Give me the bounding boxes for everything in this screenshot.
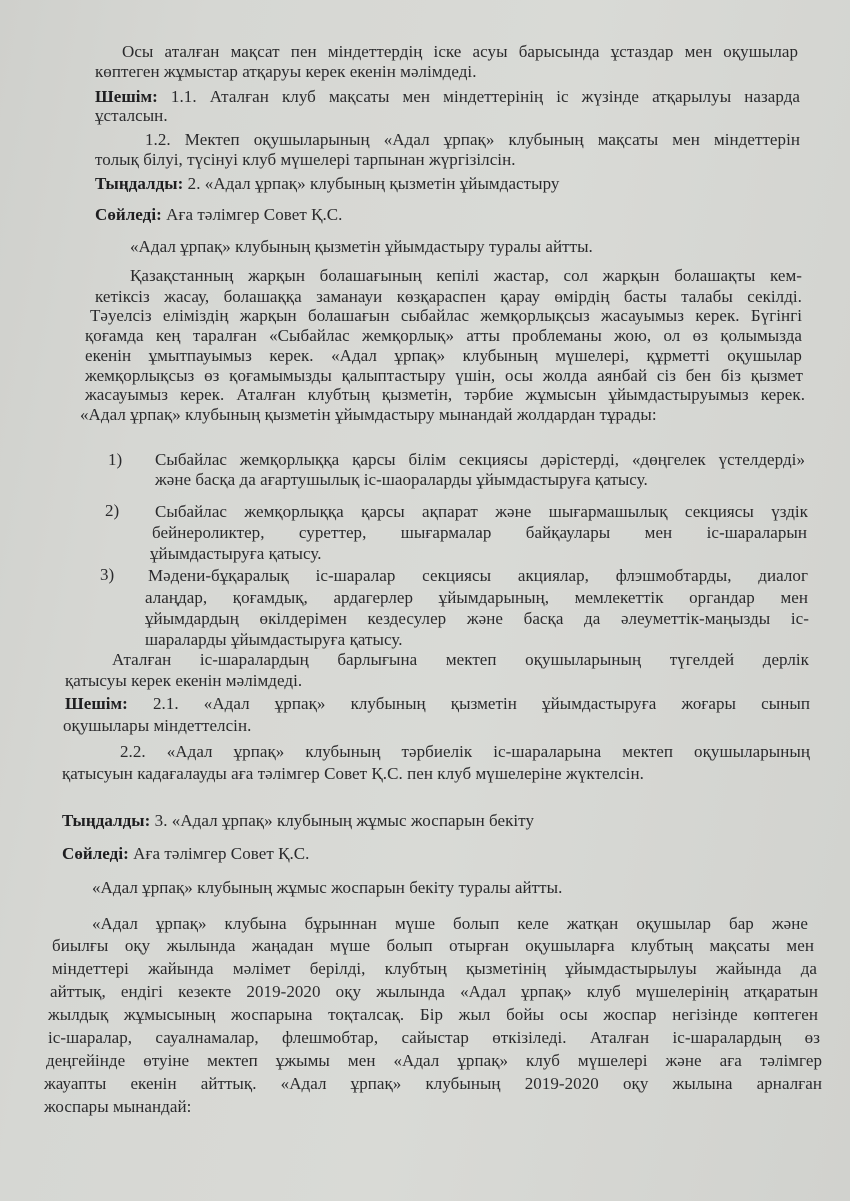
line-text: Тәуелсіз еліміздің жарқын болашағын сыба… (90, 306, 802, 325)
line-text: биылғы оқу жылында жаңадан мүше болып от… (52, 936, 814, 955)
line-text: алаңдар, қоғамдық, ардагерлер ұйымдарыны… (145, 588, 808, 607)
text-line: биылғы оқу жылында жаңадан мүше болып от… (52, 936, 814, 956)
text-line: Тыңдалды: 3. «Адал ұрпақ» клубының жұмыс… (62, 811, 562, 831)
text-line: кетіксіз жасау, болашаққа заманауи көзқа… (95, 287, 802, 307)
line-text: айттық, ендігі кезекте 2019-2020 оқу жыл… (50, 982, 818, 1001)
line-text: толық білуі, түсінуі клуб мүшелері тарпы… (95, 150, 516, 169)
text-line: оқушылары міндеттелсін. (63, 716, 283, 736)
line-text: кетіксіз жасау, болашаққа заманауи көзқа… (95, 287, 802, 306)
line-text: жемқорлықсыз өз қоғамымызды қалыптастыру… (85, 366, 803, 385)
line-text: шараларды ұйымдастыруға қатысу. (145, 630, 403, 649)
line-text: көптеген жұмыстар атқаруы керек екенін м… (95, 62, 477, 81)
list-item-line: Сыбайлас жемқорлыққа қарсы ақпарат және … (155, 502, 808, 522)
label-bold: Шешім: (95, 87, 158, 106)
text-line: жасауымыз керек. Аталған клубтың қызметі… (85, 385, 805, 405)
list-item-line: ұйымдардың өкілдерімен кездесулер және б… (145, 609, 809, 629)
text-line: Шешім: 2.1. «Адал ұрпақ» клубының қызмет… (65, 694, 810, 714)
text-line: Тыңдалды: 2. «Адал ұрпақ» клубының қызме… (95, 174, 595, 194)
line-text: және басқа да ағартушылық іс-шаораларды … (155, 470, 648, 489)
text-line: Сөйледі: Аға тәлімгер Совет Қ.С. (62, 844, 392, 864)
label-bold: Сөйледі: (95, 205, 162, 224)
text-line: қатысуы керек екенін мәлімдеді. (65, 671, 345, 691)
list-item-line: және басқа да ағартушылық іс-шаораларды … (155, 470, 695, 490)
line-text: жылдық жұмысының жоспарына тоқталсақ. Бі… (48, 1005, 818, 1024)
text-line: ұсталсын. (95, 106, 215, 126)
line-text: деңгейінде өтуіне мектеп ұжымы мен «Адал… (46, 1051, 822, 1070)
line-text: 2.1. «Адал ұрпақ» клубының қызметін ұйым… (128, 694, 810, 713)
text-line: екенін ұмытпауымыз керек. «Адал ұрпақ» к… (85, 346, 802, 366)
line-text: «Адал ұрпақ» клубының жұмыс жоспарын бек… (92, 878, 562, 897)
line-text: ұйымдардың өкілдерімен кездесулер және б… (145, 609, 809, 628)
line-text: жасауымыз керек. Аталған клубтың қызметі… (85, 385, 805, 404)
line-text: 2.2. «Адал ұрпақ» клубының тәрбиелік іс-… (120, 742, 810, 761)
line-text: ұсталсын. (95, 106, 168, 125)
line-text: «Адал ұрпақ» клубының қызметін ұйымдасты… (130, 237, 593, 256)
line-text: «Адал ұрпақ» клубына бұрыннан мүше болып… (92, 914, 808, 933)
line-text: екенін ұмытпауымыз керек. «Адал ұрпақ» к… (85, 346, 802, 365)
line-text: міндеттері жайында мәлімет берілді, клуб… (52, 959, 817, 978)
line-text: Мәдени-бұқаралық іс-шаралар секциясы акц… (148, 566, 808, 585)
label-bold: Шешім: (65, 694, 128, 713)
document-page: Осы аталған мақсат пен міндеттердің іске… (0, 0, 850, 1201)
line-text: оқушылары міндеттелсін. (63, 716, 251, 735)
text-line: толық білуі, түсінуі клуб мүшелері тарпы… (95, 150, 555, 170)
line-text: 1.1. Аталған клуб мақсаты мен міндеттері… (158, 87, 800, 106)
line-text: Қазақстанның жарқын болашағының кепілі ж… (130, 266, 802, 285)
list-number: 1) (108, 450, 122, 470)
line-text: қатысуы керек екенін мәлімдеді. (65, 671, 302, 690)
text-line: жылдық жұмысының жоспарына тоқталсақ. Бі… (48, 1005, 818, 1025)
text-line: қоғамда кең таралған «Сыбайлас жемқорлық… (85, 326, 802, 346)
label-bold: Тыңдалды: (95, 174, 183, 193)
list-number: 2) (105, 501, 119, 521)
line-text: «Адал ұрпақ» клубының қызметін ұйымдасты… (80, 405, 657, 424)
text-line: Шешім: 1.1. Аталған клуб мақсаты мен мін… (95, 87, 800, 107)
line-text: жоспары мынандай: (44, 1097, 191, 1116)
line-text: Аталған іс-шаралардың барлығына мектеп о… (112, 650, 809, 669)
text-line: Тәуелсіз еліміздің жарқын болашағын сыба… (90, 306, 802, 326)
list-item-line: ұйымдастыруға қатысу. (150, 544, 350, 564)
text-line: «Адал ұрпақ» клубының қызметін ұйымдасты… (80, 405, 680, 425)
line-text: бейнероликтер, суреттер, шығармалар байқ… (152, 523, 807, 542)
text-line: міндеттері жайында мәлімет берілді, клуб… (52, 959, 817, 979)
text-line: Осы аталған мақсат пен міндеттердің іске… (122, 42, 798, 62)
list-item-line: шараларды ұйымдастыруға қатысу. (145, 630, 445, 650)
line-text: Осы аталған мақсат пен міндеттердің іске… (122, 42, 798, 61)
text-line: 2.2. «Адал ұрпақ» клубының тәрбиелік іс-… (120, 742, 810, 762)
text-line: 1.2. Мектеп оқушыларының «Адал ұрпақ» кл… (145, 130, 800, 150)
list-item-line: Мәдени-бұқаралық іс-шаралар секциясы акц… (148, 566, 808, 586)
text-line: Қазақстанның жарқын болашағының кепілі ж… (130, 266, 802, 286)
list-item-line: алаңдар, қоғамдық, ардагерлер ұйымдарыны… (145, 588, 808, 608)
text-line: Сөйледі: Аға тәлімгер Совет Қ.С. (95, 205, 425, 225)
line-text: ұйымдастыруға қатысу. (150, 544, 322, 563)
line-text: Сыбайлас жемқорлыққа қарсы білім секцияс… (155, 450, 805, 469)
line-text: 3. «Адал ұрпақ» клубының жұмыс жоспарын … (150, 811, 534, 830)
label-bold: Тыңдалды: (62, 811, 150, 830)
list-item-line: бейнероликтер, суреттер, шығармалар байқ… (152, 523, 807, 543)
line-text: Аға тәлімгер Совет Қ.С. (162, 205, 343, 224)
text-line: жемқорлықсыз өз қоғамымызды қалыптастыру… (85, 366, 803, 386)
text-line: іс-шаралар, сауалнамалар, флешмобтар, са… (48, 1028, 820, 1048)
text-line: айттық, ендігі кезекте 2019-2020 оқу жыл… (50, 982, 818, 1002)
list-item-line: Сыбайлас жемқорлыққа қарсы білім секцияс… (155, 450, 805, 470)
text-line: жоспары мынандай: (44, 1097, 244, 1117)
line-text: жауапты екенін айттық. «Адал ұрпақ» клуб… (44, 1074, 822, 1093)
text-line: деңгейінде өтуіне мектеп ұжымы мен «Адал… (46, 1051, 822, 1071)
label-bold: Сөйледі: (62, 844, 129, 863)
text-line: жауапты екенін айттық. «Адал ұрпақ» клуб… (44, 1074, 822, 1094)
text-line: Аталған іс-шаралардың барлығына мектеп о… (112, 650, 809, 670)
line-text: қоғамда кең таралған «Сыбайлас жемқорлық… (85, 326, 802, 345)
line-text: Сыбайлас жемқорлыққа қарсы ақпарат және … (155, 502, 808, 521)
line-text: Аға тәлімгер Совет Қ.С. (129, 844, 310, 863)
text-line: «Адал ұрпақ» клубына бұрыннан мүше болып… (92, 914, 808, 934)
line-text: 1.2. Мектеп оқушыларының «Адал ұрпақ» кл… (145, 130, 800, 149)
line-text: 2. «Адал ұрпақ» клубының қызметін ұйымда… (183, 174, 559, 193)
text-line: көптеген жұмыстар атқаруы керек екенін м… (95, 62, 515, 82)
list-number: 3) (100, 565, 114, 585)
text-line: қатысуын кадағалауды аға тәлімгер Совет … (62, 764, 722, 784)
text-line: «Адал ұрпақ» клубының жұмыс жоспарын бек… (92, 878, 592, 898)
text-line: «Адал ұрпақ» клубының қызметін ұйымдасты… (130, 237, 630, 257)
line-text: іс-шаралар, сауалнамалар, флешмобтар, са… (48, 1028, 820, 1047)
line-text: қатысуын кадағалауды аға тәлімгер Совет … (62, 764, 644, 783)
